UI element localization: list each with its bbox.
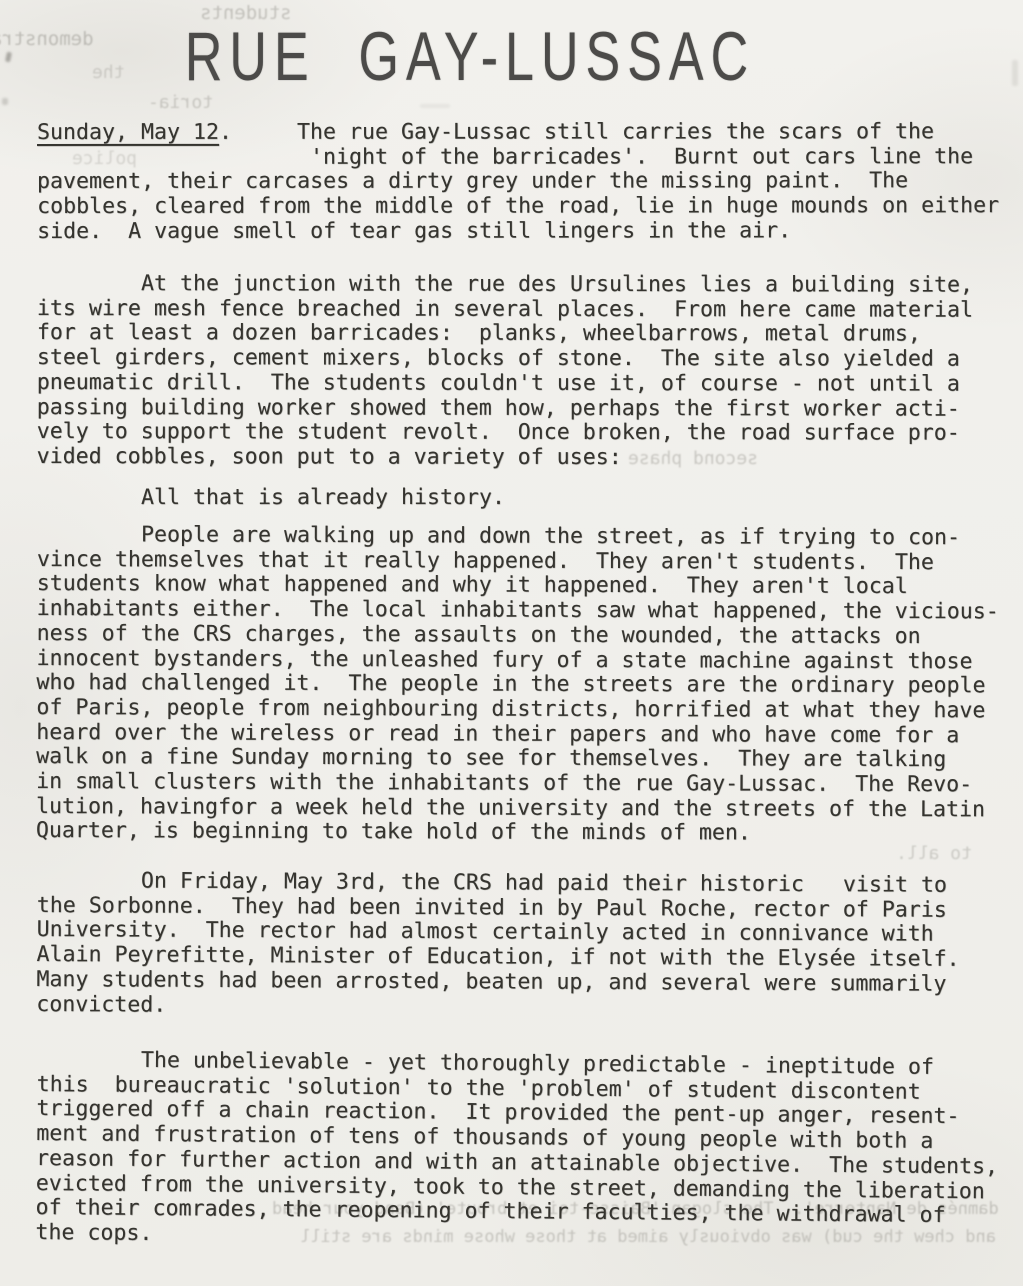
date-heading: Sunday, May 12 xyxy=(37,120,219,145)
paragraph-line: pneumatic drill. The students couldn't u… xyxy=(37,370,999,396)
ink-smudge xyxy=(1012,60,1018,86)
paragraph: All that is already history. xyxy=(37,486,999,511)
ink-smudge xyxy=(420,104,450,108)
paragraph-line: ness of the CRS charges, the assaults on… xyxy=(37,622,999,650)
paragraph-line: steel girders, cement mixers, blocks of … xyxy=(37,346,999,372)
paragraph-line: side. A vague smell of tear gas still li… xyxy=(37,219,999,245)
paragraph-text: . The rue Gay-Lussac still carries the s… xyxy=(219,119,934,145)
paragraph-line: vely to support the student revolt. Once… xyxy=(37,420,999,446)
paragraph-line: pavement, their carcases a dirty grey un… xyxy=(37,170,999,196)
paragraph-line: its wire mesh fence breached in several … xyxy=(37,296,999,322)
document-body: Sunday, May 12. The rue Gay-Lussac still… xyxy=(37,121,999,1246)
paragraph-line: Quarter, is beginning to take hold of th… xyxy=(36,819,998,847)
paragraph-line: passing building worker showed them how,… xyxy=(37,395,999,421)
paragraph-line: for at least a dozen barricades: planks,… xyxy=(37,321,999,347)
paragraph: The unbelievable - yet thoroughly predic… xyxy=(35,1048,999,1254)
ink-smudge xyxy=(2,98,8,105)
paragraph-line: cobbles, cleared from the middle of the … xyxy=(37,194,999,220)
paragraph-line: convicted. xyxy=(36,992,998,1022)
page-title: RUE GAY-LUSSAC xyxy=(0,18,940,97)
paragraph: On Friday, May 3rd, the CRS had paid the… xyxy=(36,869,999,1022)
paragraph: At the junction with the rue des Ursulin… xyxy=(37,272,999,471)
paragraph-line: Many students had been arrosted, beaten … xyxy=(36,968,998,998)
paragraph: People are walking up and down the stree… xyxy=(36,523,999,847)
paragraph-line: 'night of the barricades'. Burnt out car… xyxy=(37,145,999,171)
scanned-page: studentsdemonstrations,thetoria-policese… xyxy=(0,0,1023,1286)
paragraph-line: vided cobbles, soon put to a variety of … xyxy=(37,444,999,470)
paragraph-line: At the junction with the rue des Ursulin… xyxy=(37,272,999,298)
paragraph-line: All that is already history. xyxy=(37,486,999,511)
paragraph: Sunday, May 12. The rue Gay-Lussac still… xyxy=(37,120,999,244)
